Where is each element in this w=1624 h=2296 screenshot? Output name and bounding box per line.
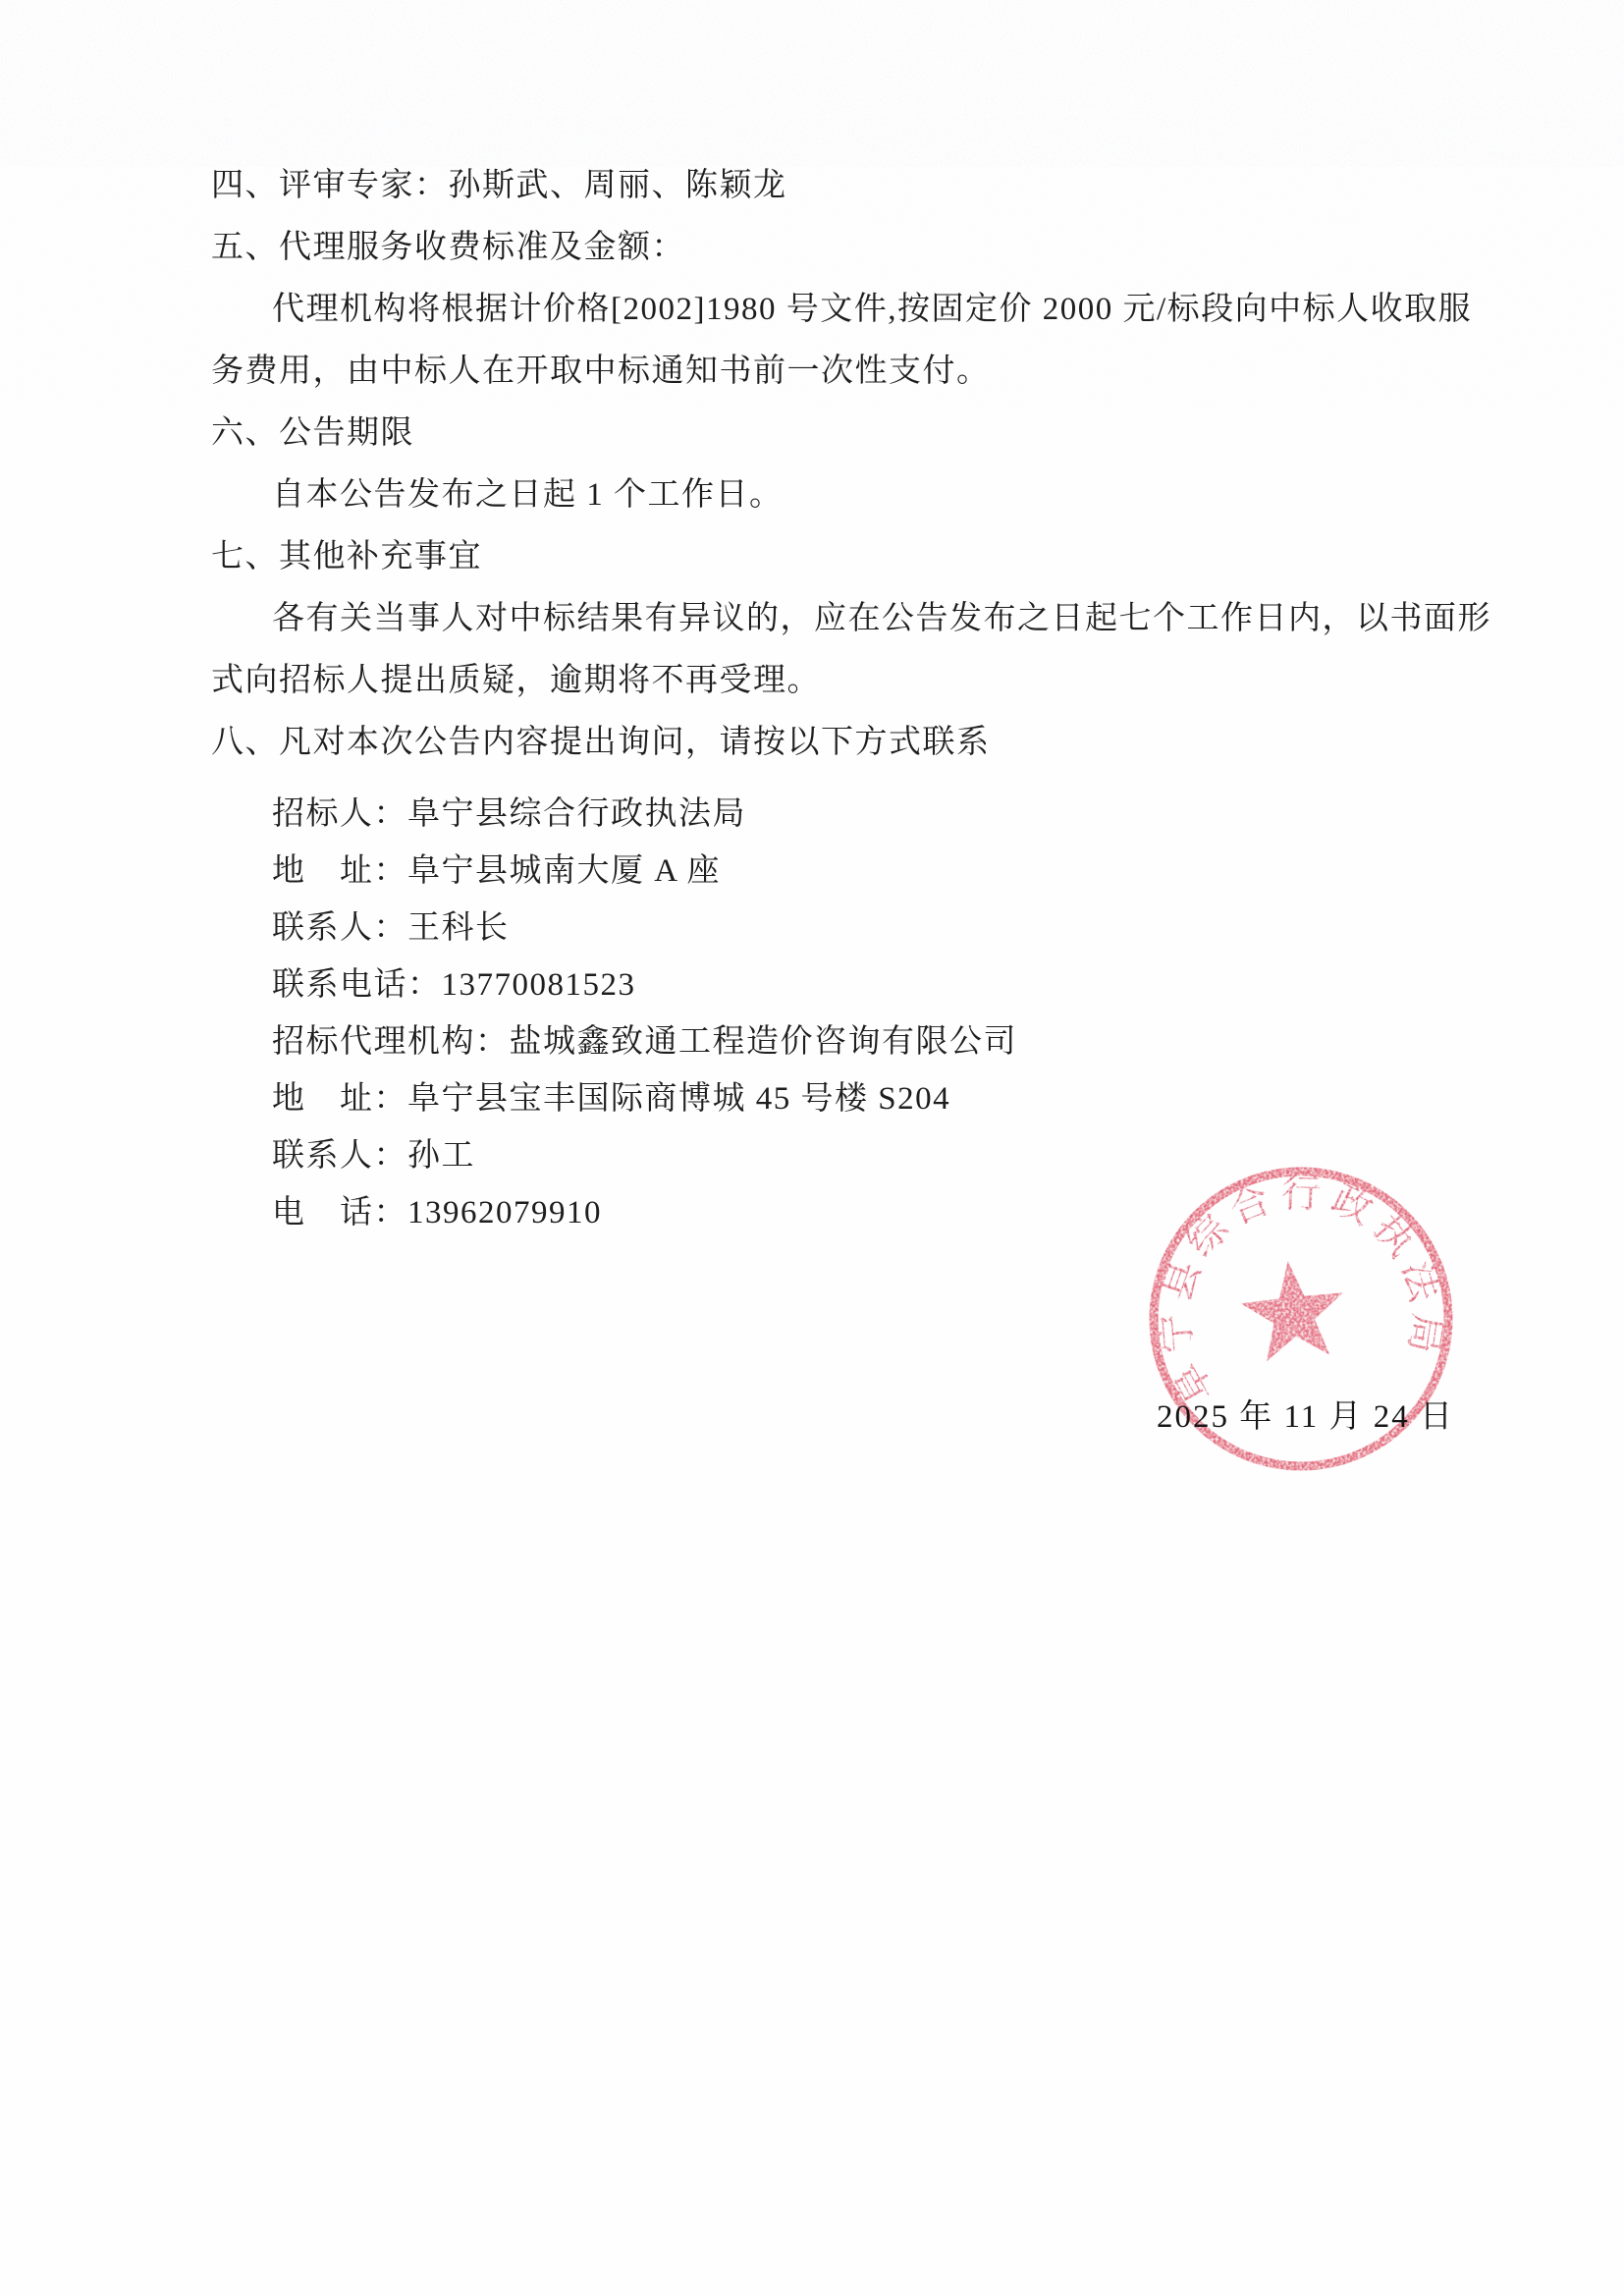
doc-line: 各有关当事人对中标结果有异议的，应在公告发布之日起七个工作日内，以书面形: [211, 588, 1448, 650]
doc-line-section-6: 六、公告期限: [211, 403, 1448, 465]
document-body: 四、评审专家：孙斯武、周丽、陈颖龙 五、代理服务收费标准及金额： 代理机构将根据…: [211, 155, 1448, 1241]
star-icon: [1237, 1256, 1349, 1364]
contact-line-agency: 招标代理机构：盐城鑫致通工程造价咨询有限公司: [211, 1013, 1448, 1070]
contact-line-person: 联系人：王科长: [211, 900, 1448, 957]
contact-line-agency-phone: 电 话：13962079910: [211, 1184, 1448, 1241]
doc-line-section-4: 四、评审专家：孙斯武、周丽、陈颖龙: [211, 155, 1448, 217]
contact-block: 招标人：阜宁县综合行政执法局 地 址：阜宁县城南大厦 A 座 联系人：王科长 联…: [211, 786, 1448, 1241]
doc-line: 代理机构将根据计价格[2002]1980 号文件,按固定价 2000 元/标段向…: [211, 279, 1448, 341]
contact-line-phone: 联系电话：13770081523: [211, 957, 1448, 1013]
contact-line-tenderer: 招标人：阜宁县综合行政执法局: [211, 786, 1448, 843]
doc-line-section-7: 七、其他补充事宜: [211, 526, 1448, 588]
doc-line: 自本公告发布之日起 1 个工作日。: [211, 465, 1448, 526]
doc-line: 务费用，由中标人在开取中标通知书前一次性支付。: [211, 341, 1448, 403]
scanned-announcement-page: 四、评审专家：孙斯武、周丽、陈颖龙 五、代理服务收费标准及金额： 代理机构将根据…: [0, 0, 1624, 2296]
contact-line-address: 地 址：阜宁县城南大厦 A 座: [211, 843, 1448, 900]
seal-date: 2025 年 11 月 24 日: [1157, 1391, 1454, 1437]
doc-line-section-5: 五、代理服务收费标准及金额：: [211, 217, 1448, 279]
scan-noise-texture: [0, 0, 1624, 167]
doc-line-section-8: 八、凡对本次公告内容提出询问，请按以下方式联系: [211, 712, 1448, 774]
contact-line-agency-person: 联系人：孙工: [211, 1127, 1448, 1184]
doc-line: 式向招标人提出质疑，逾期将不再受理。: [211, 650, 1448, 712]
contact-line-agency-address: 地 址：阜宁县宝丰国际商博城 45 号楼 S204: [211, 1070, 1448, 1127]
